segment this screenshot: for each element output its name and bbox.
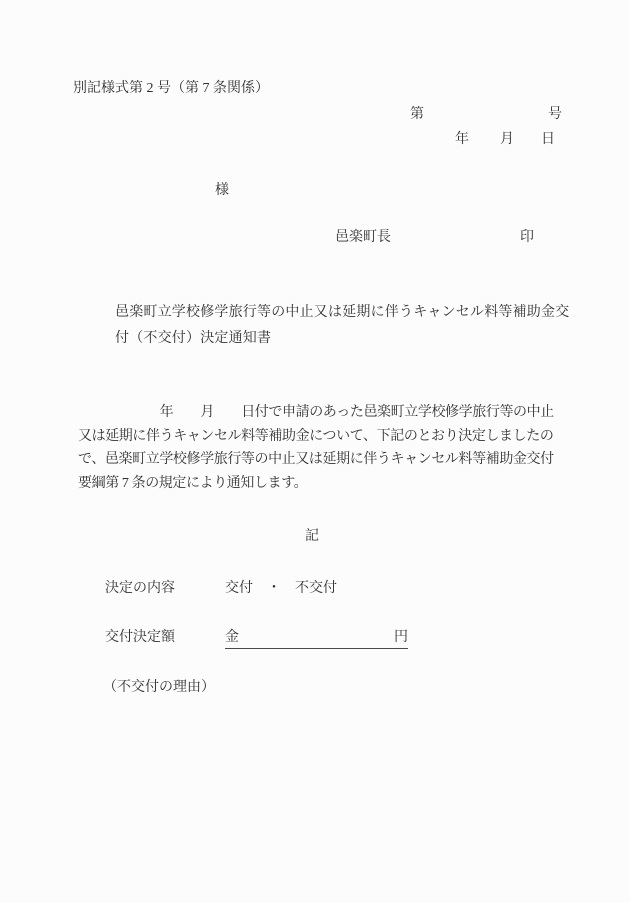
body-line: 要綱第 7 条の規定により通知します。 — [78, 472, 568, 496]
sender-title: 邑楽町長 — [335, 229, 391, 247]
doc-number-prefix: 第 — [410, 106, 424, 124]
seal-placeholder: 印 — [520, 229, 534, 247]
decision-label: 決定の内容 — [105, 580, 175, 598]
body-line: 又は延期に伴うキャンセル料等補助金について、下記のとおり決定しましたの — [78, 425, 568, 449]
document-title-line-2: 付（不交付）決定通知書 — [115, 326, 575, 352]
amount-currency-suffix: 円 — [394, 629, 408, 647]
date-year-label: 年 — [455, 131, 469, 149]
section-heading-ki: 記 — [305, 528, 319, 546]
body-line: 年 月 日付で申請のあった邑楽町立学校修学旅行等の中止 — [78, 401, 568, 425]
body-line: で、邑楽町立学校修学旅行等の中止又は延期に伴うキャンセル料等補助金交付 — [78, 448, 568, 472]
doc-number-suffix: 号 — [548, 106, 562, 124]
date-month-label: 月 — [500, 131, 514, 149]
rejection-reason-label: （不交付の理由） — [103, 679, 215, 697]
addressee-honorific: 様 — [215, 182, 229, 200]
document-page: 別記様式第 2 号（第 7 条関係） 第 号 年 月 日 様 邑楽町長 印 邑楽… — [0, 0, 630, 903]
amount-label: 交付決定額 — [105, 629, 175, 647]
date-day-label: 日 — [541, 131, 555, 149]
document-title: 邑楽町立学校修学旅行等の中止又は延期に伴うキャンセル料等補助金交 付（不交付）決… — [115, 300, 575, 352]
amount-fill-in-field: 金 円 — [225, 629, 408, 649]
document-title-line-1: 邑楽町立学校修学旅行等の中止又は延期に伴うキャンセル料等補助金交 — [115, 300, 575, 326]
amount-currency-prefix: 金 — [225, 629, 239, 647]
form-number: 別記様式第 2 号（第 7 条関係） — [73, 80, 269, 98]
body-paragraph: 年 月 日付で申請のあった邑楽町立学校修学旅行等の中止 又は延期に伴うキャンセル… — [78, 401, 568, 495]
decision-value: 交付 ・ 不交付 — [225, 580, 337, 598]
